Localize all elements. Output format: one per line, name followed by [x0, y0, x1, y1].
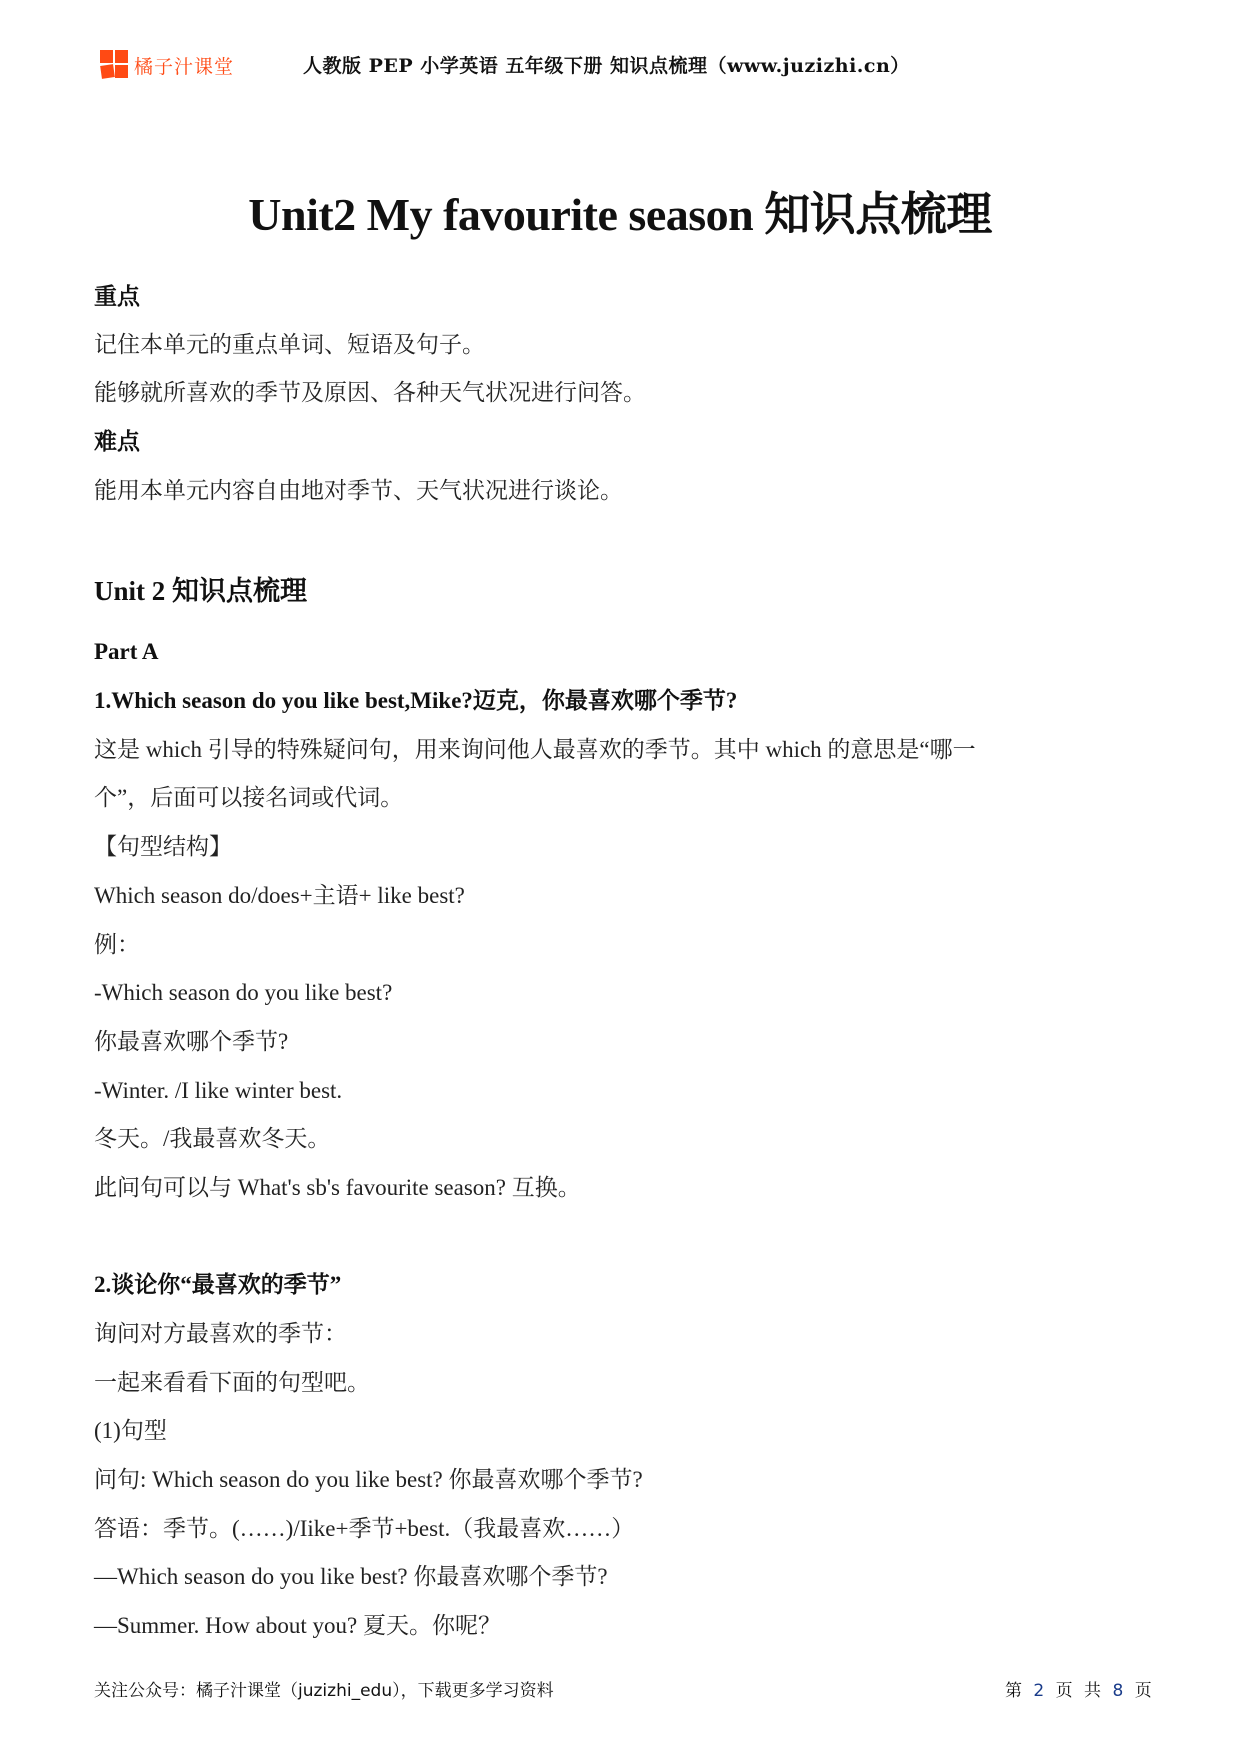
- key-points-heading: 重点: [94, 282, 140, 312]
- page-indicator: 第 2 页 共 8 页: [1005, 1676, 1152, 1701]
- current-page: 2: [1033, 1681, 1044, 1701]
- page-suffix: 页: [1135, 1681, 1152, 1701]
- point1-heading: 1.Which season do you like best,Mike?迈克，…: [94, 686, 737, 716]
- key-point-item: 能够就所喜欢的季节及原因、各种天气状况进行问答。: [94, 378, 646, 408]
- dialogue-line: —Which season do you like best? 你最喜欢哪个季节…: [94, 1562, 608, 1592]
- brand-name: 橘子汁课堂: [134, 52, 234, 79]
- example-line: -Which season do you like best?: [94, 978, 392, 1008]
- point2-intro: 一起来看看下面的句型吧。: [94, 1368, 370, 1398]
- point1-explanation: 这是 which 引导的特殊疑问句，用来询问他人最喜欢的季节。其中 which …: [94, 735, 976, 765]
- structure-pattern: Which season do/does+主语+ like best?: [94, 881, 465, 911]
- footer-promo: 关注公众号：橘子汁课堂（juzizhi_edu），下载更多学习资料: [94, 1676, 554, 1701]
- point2-heading: 2.谈论你“最喜欢的季节”: [94, 1270, 341, 1300]
- document-title: Unit2 My favourite season 知识点梳理: [0, 178, 1240, 244]
- total-pages: 8: [1112, 1681, 1123, 1701]
- section-heading: Unit 2 知识点梳理: [94, 576, 307, 606]
- pattern-answer: 答语：季节。(……)/Iike+季节+best.（我最喜欢……）: [94, 1514, 634, 1544]
- page-header: 橘子汁课堂 人教版 PEP 小学英语 五年级下册 知识点梳理（www.juziz…: [100, 48, 1140, 82]
- example-line: 冬天。/我最喜欢冬天。: [94, 1124, 330, 1154]
- difficult-point-item: 能用本单元内容自由地对季节、天气状况进行谈论。: [94, 476, 623, 506]
- part-heading: Part A: [94, 637, 159, 667]
- example-line: 你最喜欢哪个季节?: [94, 1027, 288, 1057]
- structure-label: 【句型结构】: [94, 832, 232, 862]
- header-title: 人教版 PEP 小学英语 五年级下册 知识点梳理（www.juzizhi.cn）: [303, 51, 910, 78]
- example-label: 例：: [94, 930, 140, 960]
- point1-explanation: 个”，后面可以接名词或代词。: [94, 783, 403, 813]
- dialogue-line: —Summer. How about you? 夏天。你呢？: [94, 1611, 501, 1641]
- difficult-points-heading: 难点: [94, 427, 140, 457]
- point1-note: 此问句可以与 What's sb's favourite season? 互换。: [94, 1173, 581, 1203]
- example-line: -Winter. /I like winter best.: [94, 1076, 342, 1106]
- point2-subheading: (1)句型: [94, 1416, 167, 1446]
- page-prefix: 第: [1005, 1681, 1022, 1701]
- brand-logo-icon: [100, 50, 130, 80]
- key-point-item: 记住本单元的重点单词、短语及句子。: [94, 330, 485, 360]
- pattern-question: 问句: Which season do you like best? 你最喜欢哪…: [94, 1465, 643, 1495]
- point2-intro: 询问对方最喜欢的季节：: [94, 1319, 347, 1349]
- page-mid: 页 共: [1056, 1681, 1101, 1701]
